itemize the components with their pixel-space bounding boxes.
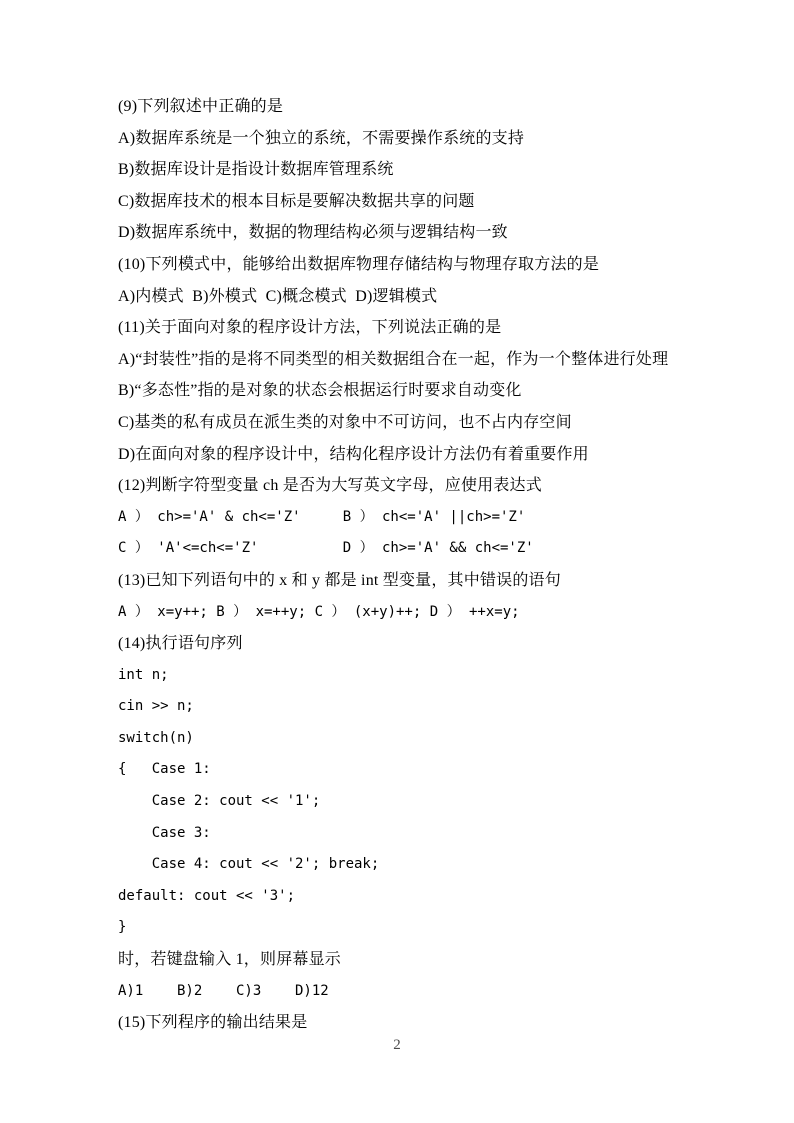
page-number: 2 — [0, 1036, 794, 1054]
text-line: C)基类的私有成员在派生类的对象中不可访问，也不占内存空间 — [118, 407, 764, 439]
text-line: int n; — [118, 660, 764, 692]
text-line: C)数据库技术的根本目标是要解决数据共享的问题 — [118, 186, 764, 218]
text-line: A)“封装性”指的是将不同类型的相关数据组合在一起，作为一个整体进行处理 — [118, 344, 764, 376]
text-line: } — [118, 912, 764, 944]
text-line: A ） ch>='A' & ch<='Z' B ） ch<='A' ||ch>=… — [118, 502, 764, 534]
text-line: A ） x=y++; B ） x=++y; C ） (x+y)++; D ） +… — [118, 597, 764, 629]
text-line: (15)下列程序的输出结果是 — [118, 1007, 764, 1039]
text-line: { Case 1: — [118, 754, 764, 786]
text-line: Case 3: — [118, 818, 764, 850]
text-line: D)数据库系统中，数据的物理结构必须与逻辑结构一致 — [118, 217, 764, 249]
text-line: (13)已知下列语句中的 x 和 y 都是 int 型变量，其中错误的语句 — [118, 565, 764, 597]
document-body: (9)下列叙述中正确的是A)数据库系统是一个独立的系统，不需要操作系统的支持B)… — [118, 91, 764, 1039]
text-line: C ） 'A'<=ch<='Z' D ） ch>='A' && ch<='Z' — [118, 533, 764, 565]
text-line: switch(n) — [118, 723, 764, 755]
text-line: A)1 B)2 C)3 D)12 — [118, 976, 764, 1008]
text-line: (9)下列叙述中正确的是 — [118, 91, 764, 123]
text-line: (10)下列模式中，能够给出数据库物理存储结构与物理存取方法的是 — [118, 249, 764, 281]
text-line: A)数据库系统是一个独立的系统，不需要操作系统的支持 — [118, 123, 764, 155]
text-line: Case 2: cout << '1'; — [118, 786, 764, 818]
document-page: (9)下列叙述中正确的是A)数据库系统是一个独立的系统，不需要操作系统的支持B)… — [0, 0, 794, 1123]
text-line: D)在面向对象的程序设计中，结构化程序设计方法仍有着重要作用 — [118, 439, 764, 471]
text-line: B)“多态性”指的是对象的状态会根据运行时要求自动变化 — [118, 375, 764, 407]
text-line: default: cout << '3'; — [118, 881, 764, 913]
text-line: cin >> n; — [118, 691, 764, 723]
text-line: 时，若键盘输入 1，则屏幕显示 — [118, 944, 764, 976]
text-line: (11)关于面向对象的程序设计方法，下列说法正确的是 — [118, 312, 764, 344]
text-line: (12)判断字符型变量 ch 是否为大写英文字母，应使用表达式 — [118, 470, 764, 502]
text-line: B)数据库设计是指设计数据库管理系统 — [118, 154, 764, 186]
text-line: Case 4: cout << '2'; break; — [118, 849, 764, 881]
text-line: A)内模式 B)外模式 C)概念模式 D)逻辑模式 — [118, 281, 764, 313]
text-line: (14)执行语句序列 — [118, 628, 764, 660]
